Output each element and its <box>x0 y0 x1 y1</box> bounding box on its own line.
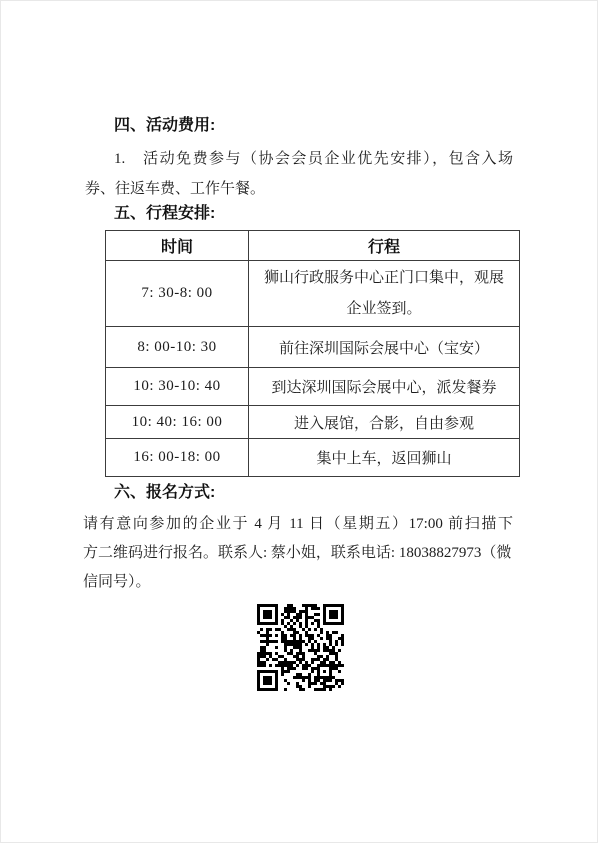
time-cell: 10: 40: 16: 00 <box>106 406 249 439</box>
table-row: 7: 30-8: 00 狮山行政服务中心正门口集中，观展 企业签到。 <box>106 261 520 327</box>
registration-paragraph-line: 方二维码进行报名。联系人: 蔡小姐，联系电话: 18038827973（微 <box>83 539 513 568</box>
schedule-cell: 狮山行政服务中心正门口集中，观展 企业签到。 <box>249 261 520 327</box>
table-row: 10: 40: 16: 00 进入展馆，合影，自由参观 <box>106 406 520 439</box>
fees-paragraph-line: 1. 活动免费参与（协会会员企业优先安排），包含入场 <box>85 144 513 174</box>
time-cell: 7: 30-8: 00 <box>106 261 249 327</box>
schedule-cell-line: 狮山行政服务中心正门口集中，观展 <box>253 263 515 294</box>
table-row: 16: 00-18: 00 集中上车，返回狮山 <box>106 439 520 477</box>
section-heading-fees: 四、活动费用: <box>114 117 215 135</box>
time-cell: 10: 30-10: 40 <box>106 368 249 406</box>
schedule-cell: 到达深圳国际会展中心，派发餐券 <box>249 368 520 406</box>
table-row: 8: 00-10: 30 前往深圳国际会展中心（宝安） <box>106 327 520 368</box>
itinerary-table: 时间 行程 7: 30-8: 00 狮山行政服务中心正门口集中，观展 企业签到。… <box>105 230 520 477</box>
table-row: 10: 30-10: 40 到达深圳国际会展中心，派发餐券 <box>106 368 520 406</box>
document-page: 四、活动费用: 1. 活动免费参与（协会会员企业优先安排），包含入场 券、往返车… <box>0 0 598 843</box>
schedule-cell: 前往深圳国际会展中心（宝安） <box>249 327 520 368</box>
section-heading-registration: 六、报名方式: <box>114 484 215 502</box>
qr-code <box>255 602 346 693</box>
table-header-schedule: 行程 <box>249 231 520 261</box>
table-header-row: 时间 行程 <box>106 231 520 261</box>
schedule-cell-line: 企业签到。 <box>253 294 515 325</box>
fees-paragraph: 1. 活动免费参与（协会会员企业优先安排），包含入场 券、往返车费、工作午餐。 <box>85 144 513 204</box>
time-cell: 8: 00-10: 30 <box>106 327 249 368</box>
section-heading-itinerary: 五、行程安排: <box>114 205 215 223</box>
schedule-cell: 集中上车，返回狮山 <box>249 439 520 477</box>
fees-paragraph-line: 券、往返车费、工作午餐。 <box>85 174 513 204</box>
table-header-time: 时间 <box>106 231 249 261</box>
registration-paragraph-line: 请有意向参加的企业于 4 月 11 日（星期五）17:00 前扫描下 <box>83 510 513 539</box>
registration-paragraph-line: 信同号）。 <box>83 568 513 597</box>
registration-paragraph: 请有意向参加的企业于 4 月 11 日（星期五）17:00 前扫描下 方二维码进… <box>83 510 513 597</box>
time-cell: 16: 00-18: 00 <box>106 439 249 477</box>
schedule-cell: 进入展馆，合影，自由参观 <box>249 406 520 439</box>
